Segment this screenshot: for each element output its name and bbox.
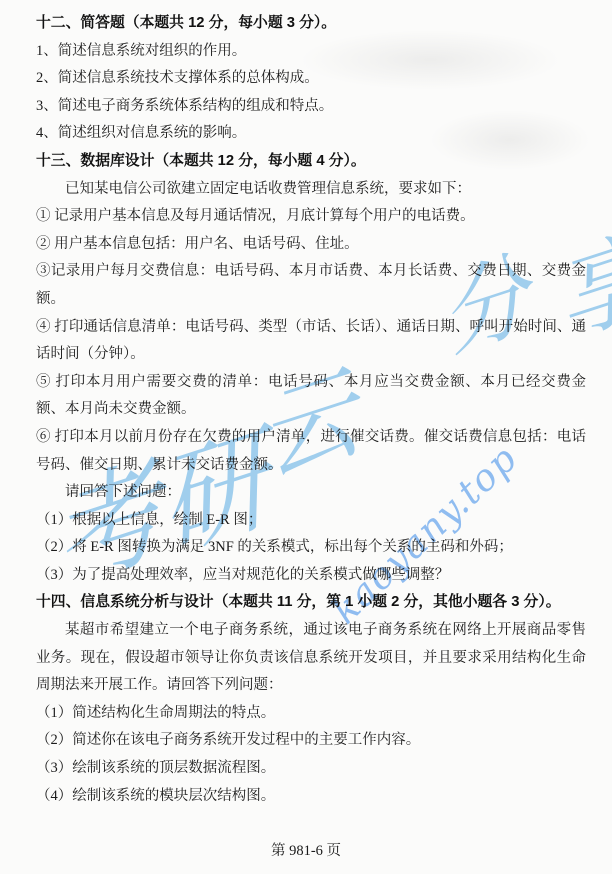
section-13-heading: 十三、数据库设计（本题共 12 分，每小题 4 分）。	[36, 148, 586, 176]
page-content: 十二、简答题（本题共 12 分，每小题 3 分）。 1、简述信息系统对组织的作用…	[0, 0, 612, 810]
sub-question: （2）简述你在该电子商务系统开发过程中的主要工作内容。	[36, 727, 586, 755]
section-12-heading: 十二、简答题（本题共 12 分，每小题 3 分）。	[36, 10, 586, 38]
sub-question: （2）将 E-R 图转换为满足 3NF 的关系模式，标出每个关系的主码和外码；	[36, 534, 586, 562]
requirement-item: ③记录用户每月交费信息：电话号码、本月市话费、本月长话费、交费日期、交费金额。	[36, 258, 586, 313]
page-number: 第 981-6 页	[0, 839, 612, 860]
requirement-item: ① 记录用户基本信息及每月通话情况，月底计算每个用户的电话费。	[36, 203, 586, 231]
prompt-line: 请回答下述问题：	[36, 479, 586, 507]
sub-question: （3）为了提高处理效率，应当对规范化的关系模式做哪些调整？	[36, 562, 586, 590]
exam-paper-page: 考 研 云 分 享 kaoyany.top 十二、简答题（本题共 12 分，每小…	[0, 0, 612, 874]
requirement-item: ⑥ 打印本月以前月份存在欠费的用户清单，进行催交话费。催交话费信息包括：电话号码…	[36, 424, 586, 479]
requirement-item: ⑤ 打印本月用户需要交费的清单：电话号码、本月应当交费金额、本月已经交费金额、本…	[36, 369, 586, 424]
requirement-item: ② 用户基本信息包括：用户名、电话号码、住址。	[36, 231, 586, 259]
sub-question: （3）绘制该系统的顶层数据流程图。	[36, 755, 586, 783]
question-line: 2、简述信息系统技术支撑体系的总体构成。	[36, 65, 586, 93]
section-13-intro: 已知某电信公司欲建立固定电话收费管理信息系统，要求如下：	[36, 176, 586, 204]
question-line: 4、简述组织对信息系统的影响。	[36, 120, 586, 148]
question-line: 1、简述信息系统对组织的作用。	[36, 38, 586, 66]
sub-question: （1）根据以上信息，绘制 E-R 图；	[36, 507, 586, 535]
section-14-intro: 某超市希望建立一个电子商务系统，通过该电子商务系统在网络上开展商品零售业务。现在…	[36, 617, 586, 700]
requirement-item: ④ 打印通话信息清单：电话号码、类型（市话、长话）、通话日期、呼叫开始时间、通话…	[36, 314, 586, 369]
sub-question: （1）简述结构化生命周期法的特点。	[36, 700, 586, 728]
question-line: 3、简述电子商务系统体系结构的组成和特点。	[36, 93, 586, 121]
section-14-heading: 十四、信息系统分析与设计（本题共 11 分，第 1 小题 2 分，其他小题各 3…	[36, 589, 586, 617]
sub-question: （4）绘制该系统的模块层次结构图。	[36, 783, 586, 811]
